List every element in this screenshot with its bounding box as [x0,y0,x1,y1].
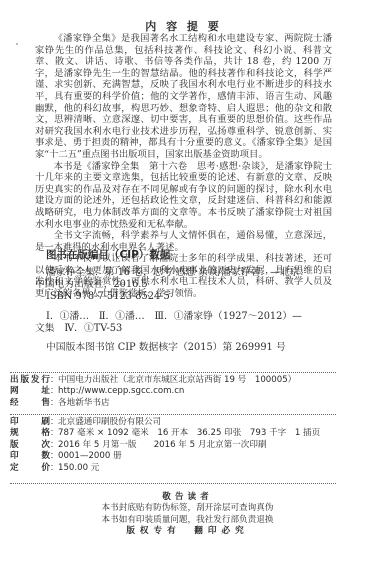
dotted-divider [10,414,336,415]
cip-record-number: 中国版本图书馆 CIP 数据核字（2015）第 269991 号 [46,339,286,353]
website-value: http://www.cepp.sgcc.com.cn [58,386,184,397]
cip-title-line: 潘家铮全集．第 16 卷，思考·感想·杂谈/潘家铮著．—北京： [35,267,332,279]
notice-heading: 敬告读者 [0,492,375,503]
abstract-paragraph: 《潘家铮全集》是我国著名水工结构和水电建设专家、两院院士潘家铮先生的作品总集，包… [35,33,332,161]
scan-speck [16,43,18,45]
print-run-value: 0001—2000 册 [58,451,122,462]
notice-line: 本书如有印装质量问题，我社发行部负责退换 [0,515,375,526]
format-row: 规格：787 毫米 × 1092 毫米 16 开本 36.25 印张 793 千… [10,428,320,439]
printer-value: 北京盛通印刷股份有限公司 [58,417,161,428]
publisher-value: 中国电力出版社（北京市东城区北京站西街 19 号 100005） [58,375,296,386]
abstract-paragraph: 本书是《潘家铮全集 第十六卷 思考·感想·杂谈》，是潘家铮院士十几年来的主要文章… [35,161,332,231]
cip-publisher-line: 中国电力出版社，2016.5 [35,279,332,291]
price-value: 150.00 元 [58,463,99,474]
publisher-row: 出版发行：中国电力出版社（北京市东城区北京站西街 19 号 100005） [10,375,296,386]
field-label: 网址 [10,386,50,397]
abstract-title: 内 容 提 要 [35,18,332,34]
field-label: 定价 [10,463,50,474]
edition-row: 版次：2016 年 5 月第一版 2016 年 5 月北京第一次印刷 [10,440,320,451]
distributor-row: 经售：各地新华书店 [10,398,296,409]
cip-isbn: ISBN 978-7-5123-8524-5 [35,291,332,303]
field-label: 出版发行 [10,375,50,386]
field-label: 规格 [10,428,50,439]
print-run-row: 印数：0001—2000 册 [10,451,320,462]
cip-heading: 图书在版编目（CIP）数据 [46,247,170,262]
price-row: 定价：150.00 元 [10,463,320,474]
reader-notice: 敬告读者 本书封底贴有防伪标签，刮开涂层可查询真伪 本书如有印装质量问题，我社发… [0,492,375,537]
dotted-divider [10,372,336,373]
cip-record: 潘家铮全集．第 16 卷，思考·感想·杂谈/潘家铮著．—北京： 中国电力出版社，… [35,267,332,335]
cip-classification-line: 文集 Ⅳ．①TV-53 [35,323,332,335]
printer-row: 印刷：北京盛通印刷股份有限公司 [10,417,320,428]
notice-line: 本书封底贴有防伪标签，刮开涂层可查询真伪 [0,503,375,514]
field-label: 印数 [10,451,50,462]
publication-info-group-1: 出版发行：中国电力出版社（北京市东城区北京站西街 19 号 100005） 网址… [10,375,296,409]
field-label: 版次 [10,440,50,451]
distributor-value: 各地新华书店 [58,398,110,409]
dotted-divider [10,483,336,484]
publication-info-group-2: 印刷：北京盛通印刷股份有限公司 规格：787 毫米 × 1092 毫米 16 开… [10,417,320,474]
copyright-notice: 版权专有 翻印必究 [0,526,375,537]
website-row: 网址：http://www.cepp.sgcc.com.cn [10,386,296,397]
format-value: 787 毫米 × 1092 毫米 16 开本 36.25 印张 793 千字 1… [58,428,320,439]
edition-value: 2016 年 5 月第一版 2016 年 5 月北京第一次印刷 [58,440,267,451]
field-label: 经售 [10,398,50,409]
cip-classification-line: Ⅰ．①潘… Ⅱ．①潘… Ⅲ．①潘家铮（1927～2012）— [35,311,332,323]
field-label: 印刷 [10,417,50,428]
